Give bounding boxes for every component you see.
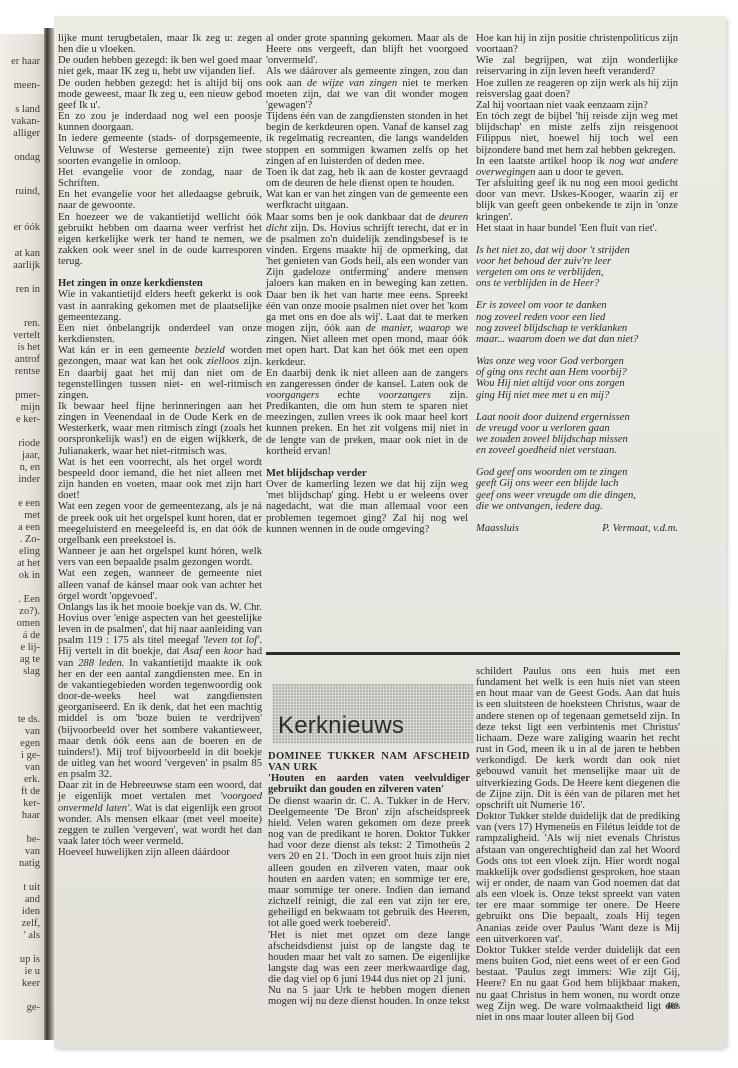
previous-page-text-fragment: er óók [13, 222, 40, 233]
paragraph: En hoezeer we de vakantietijd wellicht ó… [58, 212, 262, 268]
previous-page-text-fragment: ag te [20, 654, 40, 665]
previous-page-text-fragment: inder [18, 474, 40, 485]
paragraph: Als we dáárover als gemeente zingen, zou… [266, 66, 468, 111]
section-divider [266, 652, 680, 655]
news-column-b: schildert Paulus ons een huis met een fu… [476, 666, 680, 1023]
previous-page-text-fragment: n, en [20, 462, 40, 473]
previous-page-text-fragment: ft de [21, 786, 40, 797]
poem: Is het niet zo, dat wij door 't strijden… [476, 245, 678, 534]
paragraph: Doktor Tukker stelde verder duidelijk da… [476, 945, 680, 1023]
previous-page-text-fragment: mijn [21, 402, 40, 413]
paragraph: En zo zou je inderdaad nog wel een poosj… [58, 111, 262, 133]
previous-page-text-fragment: van [25, 726, 40, 737]
subheading-blijdschap: Met blijdschap verder [266, 468, 468, 479]
previous-page-text-fragment: antrof [15, 354, 40, 365]
previous-page-text-fragment: . Zo- [20, 534, 40, 545]
paragraph: Wie zal begrijpen, wat zijn wonderlijke … [476, 55, 678, 77]
paragraph: De ouden hebben gezegd: het is altijd bi… [58, 78, 262, 111]
previous-page-text-fragment: á de [23, 630, 40, 641]
previous-page-text-fragment: is het [18, 342, 40, 353]
paragraph: Wat een zegen voor de gemeentezang, als … [58, 501, 262, 546]
paragraph: De ouden hebben gezegd: ik ben wel goed … [58, 55, 262, 77]
previous-page-text-fragment: zo?). [19, 606, 40, 617]
previous-page-text-fragment: van [25, 762, 40, 773]
paragraph: schildert Paulus ons een huis met een fu… [476, 666, 680, 811]
poem-stanza: Laat nooit door duizend ergernissende vr… [476, 412, 678, 457]
previous-page-text-fragment: e lij- [20, 642, 40, 653]
previous-page-text-fragment: alliger [13, 128, 40, 139]
previous-page-text-fragment: erk. [24, 774, 40, 785]
previous-page-text-fragment: pmer- [15, 390, 40, 401]
previous-page-text-fragment: ren. [24, 318, 40, 329]
article-column-3: Hoe kan hij in zijn positie christenpoli… [476, 33, 678, 534]
signature-author: P. Vermaat, v.d.m. [602, 523, 678, 534]
page-number: 489 [666, 1001, 678, 1010]
previous-page-text-fragment: egen [20, 738, 40, 749]
previous-page-text-fragment: s land [15, 104, 40, 115]
paragraph: Wat is het een voorrecht, als het orgel … [58, 457, 262, 502]
paragraph: 'Het is niet met opzet om deze lange afs… [268, 930, 470, 986]
paragraph: Het evangelie voor de zondag, naar de Sc… [58, 167, 262, 189]
paragraph: Hoe kan hij in zijn positie christenpoli… [476, 33, 678, 55]
paragraph: Het staat in haar bundel 'Een fluit van … [476, 223, 678, 234]
paragraph: En daarbij denk ik niet alleen aan de za… [266, 368, 468, 457]
previous-page-text-fragment: be- [27, 834, 40, 845]
paragraph: Ter afsluiting geef ik nu nog een mooi g… [476, 178, 678, 223]
poem-stanza: Er is zoveel om voor te dankennog zoveel… [476, 300, 678, 345]
article-signature: Maassluis P. Vermaat, v.d.m. [476, 523, 678, 534]
previous-page-text-fragment: at het [17, 558, 40, 569]
article-column-2: al onder grote spanning gekomen. Maar al… [266, 33, 468, 535]
paragraph: Daar zit in de Hebreeuwse stam een woord… [58, 780, 262, 847]
paragraph: Een niet ónbelangrijk onderdeel van onze… [58, 323, 262, 345]
previous-page-text-fragment: zelf, [22, 918, 40, 929]
previous-page-text-fragment: te ds. [18, 714, 40, 725]
previous-page-text-fragment: iden [22, 906, 40, 917]
paragraph: In een laatste artikel hoop ik nog wat a… [476, 156, 678, 178]
previous-page-text-fragment: met [24, 510, 40, 521]
previous-page-text-fragment: i ge- [21, 750, 40, 761]
previous-page-text-fragment: slag [23, 666, 40, 677]
poem-stanza: God geef ons woorden om te zingengeeft G… [476, 467, 678, 512]
paragraph: En het evangelie voor het alledaagse geb… [58, 189, 262, 211]
previous-page-text-fragment: at kan [15, 248, 40, 259]
previous-page-text-fragment: e ker- [16, 414, 40, 425]
news-headline: DOMINEE TUKKER NAM AFSCHEID VAN URK [268, 751, 470, 773]
paragraph: Wat een zegen, wanneer de gemeente niet … [58, 568, 262, 601]
previous-page-text-fragment: van [25, 846, 40, 857]
previous-page-text-fragment: rentse [15, 366, 40, 377]
paragraph: Onlangs las ik het mooie boekje van ds. … [58, 602, 262, 781]
previous-page-text-fragment: ok in [19, 570, 40, 581]
poem-stanza: Is het niet zo, dat wij door 't strijden… [476, 245, 678, 290]
previous-page-text-fragment: natig [19, 858, 40, 869]
previous-page-text-fragment: ker- [23, 798, 40, 809]
previous-page-text-fragment: e een [18, 498, 40, 509]
paragraph: al onder grote spanning gekomen. Maar al… [266, 33, 468, 66]
previous-page-edge: er haarmeen-s landvakan-alligerondagruin… [0, 34, 44, 1040]
news-lede: 'Houten en aarden vaten veelvuldiger geb… [268, 773, 470, 795]
magazine-page: lijke munt terugbetalen, maar Ik zeg u: … [54, 16, 726, 1048]
previous-page-text-fragment: ge- [27, 1002, 40, 1013]
paragraph: Maar soms ben je ook dankbaar dat de deu… [266, 212, 468, 368]
previous-page-text-fragment: jaar, [22, 450, 40, 461]
previous-page-text-fragment: ie u [25, 966, 40, 977]
signature-place: Maassluis [476, 523, 519, 534]
previous-page-text-fragment: ondag [14, 152, 40, 163]
previous-page-text-fragment: and [25, 894, 40, 905]
paragraph: Tijdens één van de zangdiensten stonden … [266, 111, 468, 167]
previous-page-text-fragment: haar [22, 810, 40, 821]
previous-page-text-fragment: aarlijk [13, 260, 40, 271]
previous-page-text-fragment: ' als [24, 930, 40, 941]
paragraph: Over de kamerling lezen we dat hij zijn … [266, 479, 468, 535]
paragraph: Hoeveel huwelijken zijn alleen dáárdoor [58, 847, 262, 858]
section-title: Kerknieuws [278, 712, 404, 740]
paragraph: Nu na 5 jaar Urk te hebben mogen dienen … [268, 985, 470, 1007]
paragraph: In iedere gemeente (stads- of dorpsgemee… [58, 133, 262, 166]
previous-page-text-fragment: keer [22, 978, 40, 989]
paragraph: Wie in vakantietijd elders heeft gekerkt… [58, 289, 262, 322]
news-column-a: DOMINEE TUKKER NAM AFSCHEID VAN URK 'Hou… [268, 751, 470, 1008]
page-gutter [44, 28, 54, 1040]
previous-page-text-fragment: ruind, [15, 186, 40, 197]
previous-page-text-fragment: eling [19, 546, 40, 557]
paragraph: Hoe zullen ze reageren op zijn werk als … [476, 78, 678, 100]
article-column-1: lijke munt terugbetalen, maar Ik zeg u: … [58, 33, 262, 858]
previous-page-text-fragment: meen- [14, 80, 40, 91]
previous-page-text-fragment: up is [20, 954, 40, 965]
paragraph: Toen ik dat zag, heb ik aan de koster ge… [266, 167, 468, 189]
paragraph: De dienst waarin dr. C. A. Tukker in de … [268, 796, 470, 930]
previous-page-text-fragment: a een [18, 522, 40, 533]
poem-stanza: Was onze weg voor God verborgenof ging o… [476, 356, 678, 401]
paragraph: Ik bewaar heel fijne herinneringen aan h… [58, 401, 262, 457]
paragraph: Wat kan er van het zingen van de gemeent… [266, 189, 468, 211]
paragraph: Wat kán er in een gemeente bezield worde… [58, 345, 262, 401]
previous-page-text-fragment: ren in [16, 284, 40, 295]
previous-page-text-fragment: riode [18, 438, 40, 449]
paragraph: Wanneer je aan het orgelspel kunt hóren,… [58, 546, 262, 568]
subheading-zingen: Het zingen in onze kerkdiensten [58, 278, 262, 289]
previous-page-text-fragment: vertelt [13, 330, 40, 341]
previous-page-text-fragment: vakan- [11, 116, 40, 127]
paragraph: Zal hij voortaan niet vaak eenzaam zijn? [476, 100, 678, 111]
kerknieuws-header-box: Kerknieuws [272, 684, 474, 744]
previous-page-text-fragment: t uit [23, 882, 40, 893]
paragraph: lijke munt terugbetalen, maar Ik zeg u: … [58, 33, 262, 55]
previous-page-text-fragment: omen [17, 618, 40, 629]
paragraph: En tóch zegt de bijbel 'hij reisde zijn … [476, 111, 678, 156]
previous-page-text-fragment: er haar [11, 56, 40, 67]
previous-page-text-fragment: . Een [18, 594, 40, 605]
paragraph: Doktor Tukker stelde duidelijk dat de pr… [476, 811, 680, 945]
